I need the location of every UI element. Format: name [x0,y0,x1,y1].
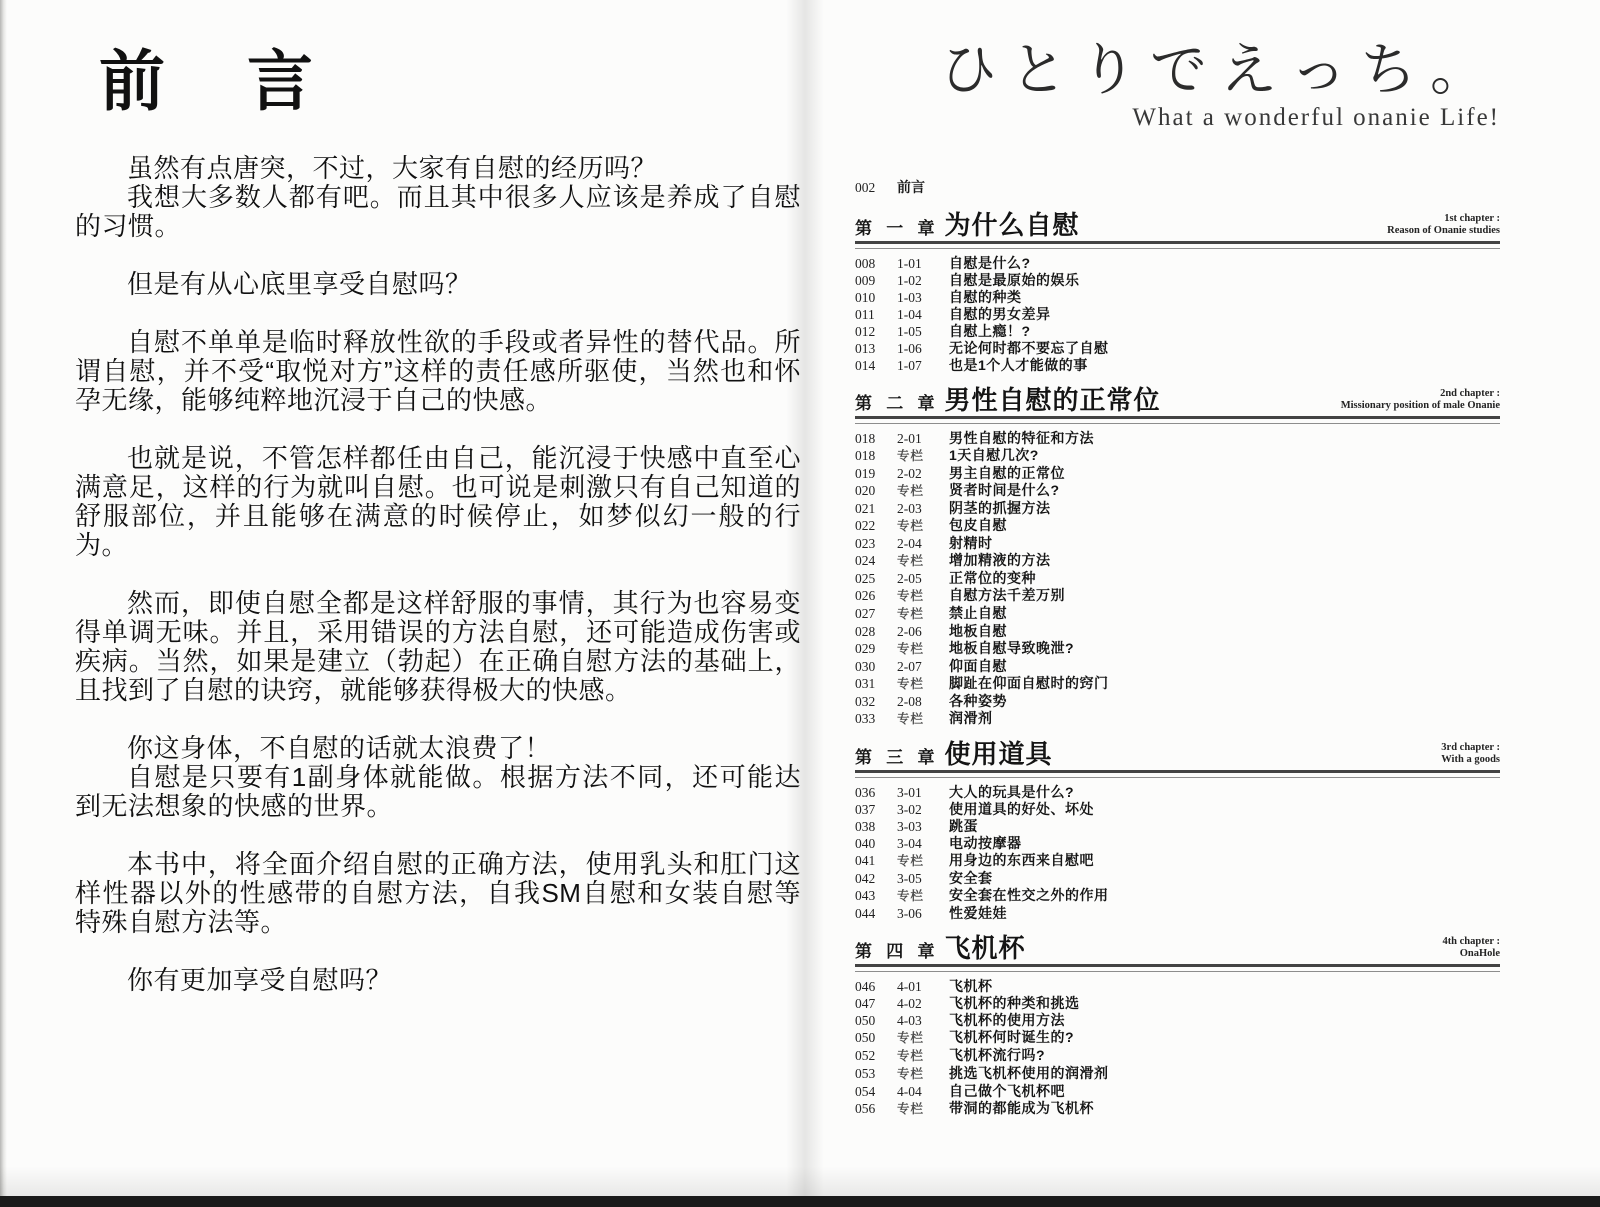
chapter-heading: 第 一 章为什么自慰1st chapter :Reason of Onanie … [855,211,1500,239]
preface-paragraph: 我想大多数人都有吧。而且其中很多人应该是养成了自慰的习惯。 [75,183,801,241]
toc-item: 0504-03飞机杯的使用方法 [855,1012,1500,1029]
toc-item-page: 019 [855,465,897,482]
toc-item: 0232-04射精时 [855,535,1500,552]
preface-paragraph: 本书中，将全面介绍自慰的正确方法，使用乳头和肛门这样性器以外的性感带的自慰方法，… [75,850,801,937]
toc-item-page: 020 [855,482,897,499]
toc-item-page: 029 [855,640,897,657]
paragraph-group: 也就是说，不管怎样都任由自己，能沉浸于快感中直至心满意足，这样的行为就叫自慰。也… [75,444,801,560]
book-header: ひとりでえっち。 What a wonderful onanie Life! [855,40,1500,132]
toc-item-code: 1-07 [897,357,949,374]
chapter-heading: 第 四 章飞机杯4th chapter :OnaHole [855,934,1500,962]
toc-item-code: 2-06 [897,623,949,640]
toc-item-page: 047 [855,995,897,1012]
toc-item-title: 自慰是最原始的娱乐 [949,272,1080,289]
paragraph-group: 自慰不单单是临时释放性欲的手段或者异性的替代品。所谓自慰，并不受“取悦对方”这样… [75,328,801,415]
chapter-heading-left: 第 一 章为什么自慰 [855,211,1080,239]
toc-item-title: 男主自慰的正常位 [949,465,1065,482]
toc-item: 052专栏飞机杯流行吗? [855,1047,1500,1065]
toc-item-code: 专栏 [897,1066,949,1083]
toc-item: 0282-06地板自慰 [855,623,1500,640]
toc-item-page: 041 [855,852,897,869]
toc-item-page: 044 [855,905,897,922]
toc-item-title: 1天自慰几次? [949,447,1039,464]
toc-item-title: 自慰的男女差异 [949,306,1051,323]
preface-page: 前 言 虽然有点唐突，不过，大家有自慰的经历吗？我想大多数人都有吧。而且其中很多… [75,48,801,1024]
toc-chapters: 第 一 章为什么自慰1st chapter :Reason of Onanie … [855,211,1500,1118]
toc-item: 053专栏挑选飞机杯使用的润滑剂 [855,1065,1500,1083]
toc-preface-entry: 002 前言 [855,178,1500,197]
paragraph-group: 但是有从心底里享受自慰吗？ [75,270,801,299]
toc-item-page: 018 [855,430,897,447]
chapter-heading-left: 第 三 章使用道具 [855,740,1053,768]
preface-title: 前 言 [99,48,801,118]
toc-item-title: 飞机杯 [949,978,993,995]
toc-item-code: 专栏 [897,1048,949,1065]
toc-item-title: 禁止自慰 [949,605,1007,622]
toc-item-code: 1-04 [897,306,949,323]
chapter-heading-left: 第 二 章男性自慰的正常位 [855,386,1161,414]
toc-item: 0131-06无论何时都不要忘了自慰 [855,340,1500,357]
toc-item: 031专栏脚趾在仰面自慰时的窍门 [855,675,1500,693]
toc-item-title: 自慰是什么? [949,255,1031,272]
scan-bottom-band [0,1196,1600,1207]
toc-item-code: 3-04 [897,835,949,852]
toc-item-code: 3-03 [897,818,949,835]
toc-item-page: 008 [855,255,897,272]
toc-item-title: 挑选飞机杯使用的润滑剂 [949,1065,1109,1082]
toc-item-code: 4-03 [897,1012,949,1029]
paragraph-group: 你这身体，不自慰的话就太浪费了！自慰是只要有1副身体就能做。根据方法不同，还可能… [75,734,801,821]
book-subtitle: What a wonderful onanie Life! [855,104,1500,132]
toc-item-page: 056 [855,1100,897,1117]
paragraph-group: 虽然有点唐突，不过，大家有自慰的经历吗？我想大多数人都有吧。而且其中很多人应该是… [75,154,801,241]
toc-item-page: 018 [855,447,897,464]
toc-item-code: 1-03 [897,289,949,306]
chapter-title: 飞机杯 [945,933,1026,963]
chapter-items: 0081-01自慰是什么?0091-02自慰是最原始的娱乐0101-03自慰的种… [855,255,1500,374]
chapter-number: 第 一 章 [855,219,940,238]
chapter-english-label: 3rd chapter : [1441,742,1500,754]
chapter-number: 第 三 章 [855,748,940,767]
toc-item: 0111-04自慰的男女差异 [855,306,1500,323]
toc-item-title: 安全套在性交之外的作用 [949,887,1109,904]
toc-item-title: 地板自慰导致晚泄? [949,640,1074,657]
toc-item: 0252-05正常位的变种 [855,570,1500,587]
chapter-rule [855,416,1500,424]
chapter-heading-left: 第 四 章飞机杯 [855,934,1026,962]
toc-item-page: 023 [855,535,897,552]
toc-item-code: 3-02 [897,801,949,818]
toc-item-title: 自己做个飞机杯吧 [949,1083,1065,1100]
toc-item-title: 自慰方法千差万别 [949,587,1065,604]
toc-item-title: 前言 [897,178,925,196]
toc-item-page: 028 [855,623,897,640]
toc-item-title: 安全套 [949,870,993,887]
toc-item-page: 026 [855,587,897,604]
toc-item-code: 3-06 [897,905,949,922]
toc-item-title: 增加精液的方法 [949,552,1051,569]
toc-item-title: 飞机杯的种类和挑选 [949,995,1080,1012]
toc-item-page: 027 [855,605,897,622]
toc-item-title: 阴茎的抓握方法 [949,500,1051,517]
scan-bottom-shadow [0,1166,1600,1196]
paragraph-group: 本书中，将全面介绍自慰的正确方法，使用乳头和肛门这样性器以外的性感带的自慰方法，… [75,850,801,937]
preface-paragraph: 然而，即使自慰全都是这样舒服的事情，其行为也容易变得单调无味。并且，采用错误的方… [75,589,801,705]
toc-item-title: 电动按摩器 [949,835,1022,852]
toc-item: 0101-03自慰的种类 [855,289,1500,306]
toc-item-page: 050 [855,1012,897,1029]
chapter-english-title: Reason of Onanie studies [1387,225,1500,237]
preface-paragraph: 虽然有点唐突，不过，大家有自慰的经历吗？ [75,154,801,183]
toc-item: 027专栏禁止自慰 [855,605,1500,623]
toc-item: 0182-01男性自慰的特征和方法 [855,430,1500,447]
toc-item-page: 053 [855,1065,897,1082]
toc-item-page: 025 [855,570,897,587]
toc-item-code: 专栏 [897,1030,949,1047]
chapter-english-label: 2nd chapter : [1341,388,1500,400]
toc-item-page: 021 [855,500,897,517]
toc-item: 0081-01自慰是什么? [855,255,1500,272]
toc-item-page: 050 [855,1029,897,1046]
toc-item-page: 046 [855,978,897,995]
toc-item-page: 052 [855,1047,897,1064]
toc-item-code: 专栏 [897,588,949,605]
toc-item: 0363-01大人的玩具是什么? [855,784,1500,801]
toc-item-page: 043 [855,887,897,904]
toc-item: 0423-05安全套 [855,870,1500,887]
chapter-rule [855,964,1500,972]
toc-item-title: 自慰的种类 [949,289,1022,306]
toc-item-page: 009 [855,272,897,289]
toc-item-title: 男性自慰的特征和方法 [949,430,1094,447]
toc-item: 0141-07也是1个人才能做的事 [855,357,1500,374]
toc-item-page: 012 [855,323,897,340]
toc-item-code: 4-01 [897,978,949,995]
toc-item-page: 038 [855,818,897,835]
contents-page: ひとりでえっち。 What a wonderful onanie Life! 0… [855,40,1500,1118]
toc-item: 0302-07仰面自慰 [855,658,1500,675]
chapter-english-title: OnaHole [1442,948,1500,960]
toc-item-title: 带洞的都能成为飞机杯 [949,1100,1094,1117]
toc-item-code: 3-05 [897,870,949,887]
toc-item-code: 专栏 [897,518,949,535]
toc-item-page: 036 [855,784,897,801]
chapter-title: 为什么自慰 [945,210,1080,240]
toc-item-title: 跳蛋 [949,818,978,835]
paragraph-group: 你有更加享受自慰吗？ [75,966,801,995]
toc-item-code: 2-02 [897,465,949,482]
toc-item: 0383-03跳蛋 [855,818,1500,835]
toc-item-title: 脚趾在仰面自慰时的窍门 [949,675,1109,692]
toc-item-code: 2-01 [897,430,949,447]
chapter-title: 男性自慰的正常位 [945,385,1161,415]
toc-item-code: 专栏 [897,553,949,570]
toc-item-code: 专栏 [897,641,949,658]
preface-paragraph: 你这身体，不自慰的话就太浪费了！ [75,734,801,763]
chapter-items: 0464-01飞机杯0474-02飞机杯的种类和挑选0504-03飞机杯的使用方… [855,978,1500,1118]
chapter-english-caption: 2nd chapter :Missionary position of male… [1341,388,1500,414]
toc-item: 0403-04电动按摩器 [855,835,1500,852]
toc-item-page: 037 [855,801,897,818]
toc-item-page: 040 [855,835,897,852]
toc: 002 前言 第 一 章为什么自慰1st chapter :Reason of … [855,178,1500,1118]
toc-item: 020专栏贤者时间是什么? [855,482,1500,500]
toc-item-title: 飞机杯的使用方法 [949,1012,1065,1029]
toc-item: 0443-06性爱娃娃 [855,905,1500,922]
toc-item-title: 大人的玩具是什么? [949,784,1074,801]
book-title: ひとりでえっち。 [855,40,1500,102]
chapter-english-label: 4th chapter : [1442,936,1500,948]
toc-item-page: 002 [855,179,897,197]
toc-item-code: 3-01 [897,784,949,801]
toc-item-page: 031 [855,675,897,692]
toc-item-code: 4-02 [897,995,949,1012]
chapter-items: 0182-01男性自慰的特征和方法018专栏1天自慰几次?0192-02男主自慰… [855,430,1500,728]
toc-item-code: 1-05 [897,323,949,340]
toc-item: 029专栏地板自慰导致晚泄? [855,640,1500,658]
toc-item-title: 也是1个人才能做的事 [949,357,1088,374]
toc-item-code: 专栏 [897,676,949,693]
preface-paragraph: 自慰不单单是临时释放性欲的手段或者异性的替代品。所谓自慰，并不受“取悦对方”这样… [75,328,801,415]
toc-item-page: 011 [855,306,897,323]
toc-item-title: 自慰上瘾！? [949,323,1031,340]
toc-item-code: 2-04 [897,535,949,552]
toc-item: 018专栏1天自慰几次? [855,447,1500,465]
chapter-rule [855,241,1500,249]
chapter-number: 第 四 章 [855,942,940,961]
toc-item: 0474-02飞机杯的种类和挑选 [855,995,1500,1012]
toc-item: 0373-02使用道具的好处、坏处 [855,801,1500,818]
toc-item: 0464-01飞机杯 [855,978,1500,995]
preface-paragraph: 但是有从心底里享受自慰吗？ [75,270,801,299]
toc-chapter: 第 三 章使用道具3rd chapter :With a goods0363-0… [855,740,1500,922]
toc-item-code: 专栏 [897,483,949,500]
toc-item-page: 024 [855,552,897,569]
chapter-title: 使用道具 [945,739,1053,769]
toc-item-code: 2-03 [897,500,949,517]
toc-item-page: 033 [855,710,897,727]
toc-item-code: 专栏 [897,1101,949,1118]
toc-item-title: 地板自慰 [949,623,1007,640]
toc-item-title: 飞机杯流行吗? [949,1047,1045,1064]
toc-item-title: 无论何时都不要忘了自慰 [949,340,1109,357]
toc-item: 033专栏润滑剂 [855,710,1500,728]
chapter-rule [855,770,1500,778]
toc-item-title: 飞机杯何时诞生的? [949,1029,1074,1046]
toc-item-page: 010 [855,289,897,306]
toc-item-title: 润滑剂 [949,710,993,727]
toc-chapter: 第 二 章男性自慰的正常位2nd chapter :Missionary pos… [855,386,1500,728]
toc-item-page: 022 [855,517,897,534]
toc-item: 024专栏增加精液的方法 [855,552,1500,570]
toc-item-code: 1-02 [897,272,949,289]
toc-item-code: 专栏 [897,448,949,465]
toc-item-code: 2-05 [897,570,949,587]
toc-chapter: 第 一 章为什么自慰1st chapter :Reason of Onanie … [855,211,1500,374]
toc-item-code: 专栏 [897,606,949,623]
toc-item-page: 030 [855,658,897,675]
toc-item: 050专栏飞机杯何时诞生的? [855,1029,1500,1047]
toc-item: 026专栏自慰方法千差万别 [855,587,1500,605]
toc-item-title: 各种姿势 [949,693,1007,710]
toc-item-code: 专栏 [897,888,949,905]
toc-item-code: 专栏 [897,711,949,728]
toc-item-page: 054 [855,1083,897,1100]
chapter-english-caption: 1st chapter :Reason of Onanie studies [1387,213,1500,239]
chapter-english-title: With a goods [1441,754,1500,766]
toc-item-title: 包皮自慰 [949,517,1007,534]
scan-left-edge-shadow [0,0,7,1207]
toc-item-code: 2-07 [897,658,949,675]
toc-item: 0121-05自慰上瘾！? [855,323,1500,340]
toc-item-page: 013 [855,340,897,357]
preface-paragraph: 你有更加享受自慰吗？ [75,966,801,995]
toc-item-title: 仰面自慰 [949,658,1007,675]
toc-item: 0212-03阴茎的抓握方法 [855,500,1500,517]
toc-item-title: 使用道具的好处、坏处 [949,801,1094,818]
toc-item-title: 用身边的东西来自慰吧 [949,852,1094,869]
chapter-items: 0363-01大人的玩具是什么?0373-02使用道具的好处、坏处0383-03… [855,784,1500,922]
toc-item: 043专栏安全套在性交之外的作用 [855,887,1500,905]
preface-paragraphs: 虽然有点唐突，不过，大家有自慰的经历吗？我想大多数人都有吧。而且其中很多人应该是… [75,154,801,995]
toc-item: 0322-08各种姿势 [855,693,1500,710]
chapter-heading: 第 二 章男性自慰的正常位2nd chapter :Missionary pos… [855,386,1500,414]
chapter-heading: 第 三 章使用道具3rd chapter :With a goods [855,740,1500,768]
toc-item-code: 1-01 [897,255,949,272]
toc-item-title: 射精时 [949,535,993,552]
toc-item: 056专栏带洞的都能成为飞机杯 [855,1100,1500,1118]
toc-item-page: 014 [855,357,897,374]
toc-item: 022专栏包皮自慰 [855,517,1500,535]
chapter-number: 第 二 章 [855,394,940,413]
toc-item-code: 4-04 [897,1083,949,1100]
toc-item-title: 正常位的变种 [949,570,1036,587]
toc-item-page: 042 [855,870,897,887]
toc-item: 0544-04自己做个飞机杯吧 [855,1083,1500,1100]
toc-item-code: 2-08 [897,693,949,710]
toc-item-title: 性爱娃娃 [949,905,1007,922]
preface-paragraph: 自慰是只要有1副身体就能做。根据方法不同，还可能达到无法想象的快感的世界。 [75,763,801,821]
paragraph-group: 然而，即使自慰全都是这样舒服的事情，其行为也容易变得单调无味。并且，采用错误的方… [75,589,801,705]
toc-chapter: 第 四 章飞机杯4th chapter :OnaHole0464-01飞机杯04… [855,934,1500,1118]
chapter-english-label: 1st chapter : [1387,213,1500,225]
toc-item: 041专栏用身边的东西来自慰吧 [855,852,1500,870]
chapter-english-caption: 4th chapter :OnaHole [1442,936,1500,962]
toc-item-title: 贤者时间是什么? [949,482,1060,499]
toc-item-page: 032 [855,693,897,710]
chapter-english-title: Missionary position of male Onanie [1341,400,1500,412]
toc-item-code: 1-06 [897,340,949,357]
toc-item-code: 专栏 [897,853,949,870]
preface-paragraph: 也就是说，不管怎样都任由自己，能沉浸于快感中直至心满意足，这样的行为就叫自慰。也… [75,444,801,560]
toc-item: 0192-02男主自慰的正常位 [855,465,1500,482]
toc-item: 0091-02自慰是最原始的娱乐 [855,272,1500,289]
chapter-english-caption: 3rd chapter :With a goods [1441,742,1500,768]
